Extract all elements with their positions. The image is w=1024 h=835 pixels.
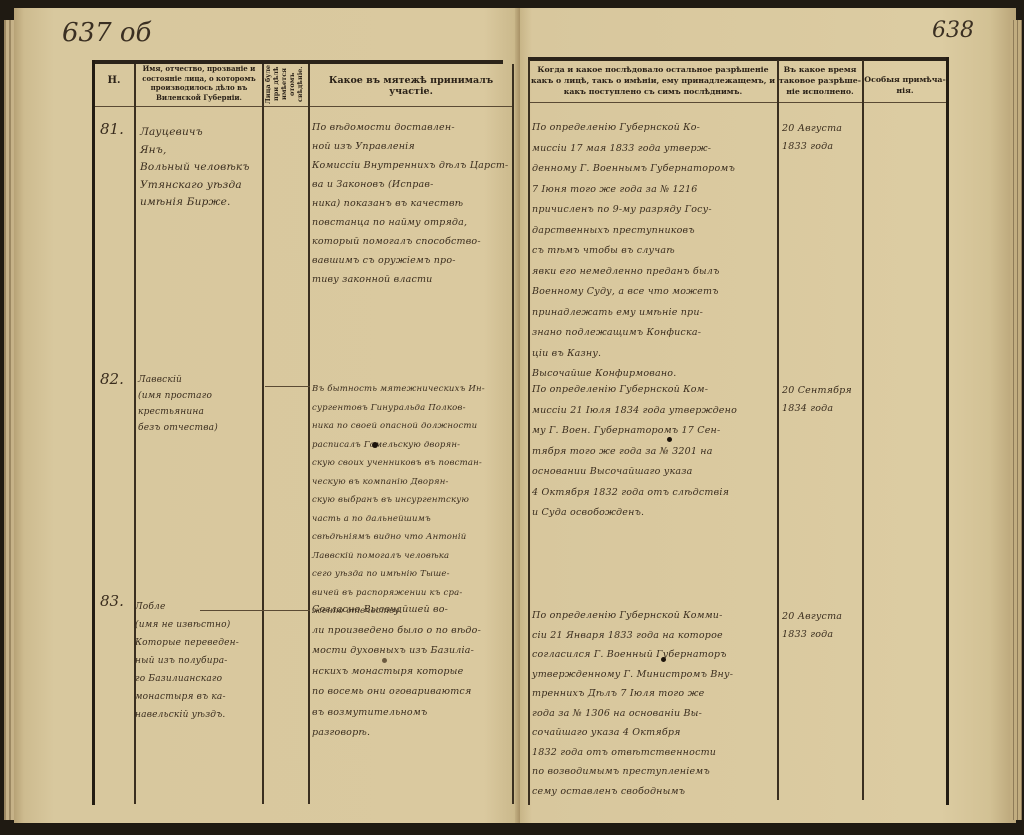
- header-bottom-rule-right: [528, 102, 948, 103]
- entry-executed: 20 Августа 1833 года: [782, 120, 862, 155]
- header-executed: Въ какое время таковое разрѣше­ніе испол…: [779, 64, 861, 97]
- col-divider-remarks: [862, 60, 864, 800]
- folio-number-right: 638: [932, 18, 974, 43]
- col-divider-executed: [777, 60, 779, 800]
- entry-participation: По вѣдомости доставлен- ной изъ Управлен…: [312, 118, 512, 289]
- entry-participation: Въ бытность мятежническихъ Ин- сургентов…: [312, 380, 512, 621]
- header-resolution: Когда и какое послѣдовало остальное разр…: [531, 64, 775, 97]
- col-divider-presence: [308, 64, 310, 804]
- entry-separator: [265, 386, 310, 387]
- book-edge-right: [1010, 20, 1022, 820]
- entry-name: Лауцевичъ Янъ, Вольный человѣкъ Утянскаг…: [140, 124, 260, 212]
- entry-name: Лаввскій (имя простаго крестьянина безъ …: [138, 372, 268, 436]
- ink-stain: [382, 658, 387, 663]
- header-number: Н.: [96, 75, 132, 86]
- folio-number-left: 637 об: [62, 18, 151, 48]
- ink-stain: [661, 657, 666, 662]
- entry-executed: 20 Сентября 1834 года: [782, 382, 862, 417]
- header-remarks: Особыя примѣча­нія.: [864, 74, 946, 96]
- header-bottom-rule-left: [93, 106, 513, 107]
- ink-stain: [667, 437, 672, 442]
- header-participation: Какое въ мятежѣ принималъ участіе.: [312, 75, 510, 97]
- col-divider-resolution-left: [528, 60, 530, 805]
- entry-resolution: По определенію Губернской Ком- миссіи 21…: [532, 380, 777, 524]
- entry-number: 83.: [100, 592, 124, 610]
- header-top-rule-right: [528, 57, 948, 61]
- entry-participation: Согласно Высочайшей во- ли произведено б…: [312, 600, 512, 744]
- col-divider-participation: [512, 64, 514, 804]
- entry-executed: 20 Августа 1833 года: [782, 608, 862, 643]
- left-table-border: [92, 60, 95, 805]
- entry-number: 81.: [100, 120, 124, 138]
- header-presence: Лица бу­ле при дѣлѣ имѣется о­томъ свѣ­д…: [264, 64, 306, 104]
- entry-separator: [200, 610, 310, 611]
- entry-resolution: По определенію Губернской Ко- миссіи 17 …: [532, 118, 777, 385]
- header-name: Имя, отчество, прозваніе и состояніе лиц…: [137, 64, 261, 102]
- entry-resolution: По определенію Губернской Комми- сіи 21 …: [532, 606, 777, 801]
- ink-stain: [372, 442, 378, 448]
- entry-number: 82.: [100, 370, 124, 388]
- entry-name: Лобле (имя не извѣстно) Которые переведе…: [135, 598, 265, 724]
- right-table-border: [946, 57, 949, 805]
